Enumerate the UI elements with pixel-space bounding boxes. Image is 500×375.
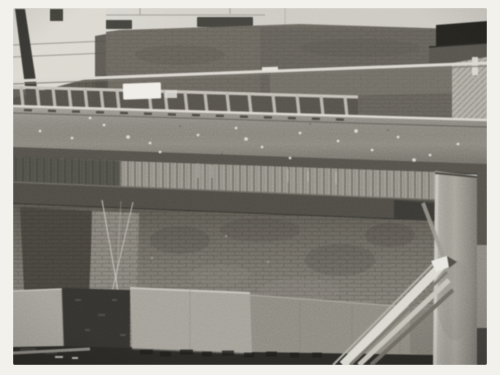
photo-print [0, 0, 500, 375]
construction-site-photo [0, 0, 500, 375]
photo-grain [13, 8, 487, 365]
photo-area [13, 8, 487, 365]
